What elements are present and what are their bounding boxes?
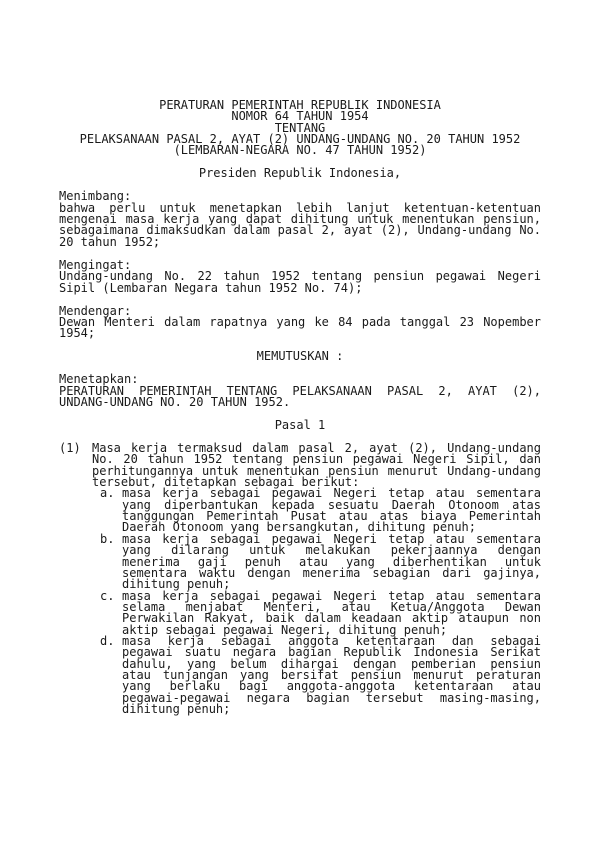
text-line: UNDANG-UNDANG NO. 20 TAHUN 1952. — [59, 397, 541, 408]
salutation: Presiden Republik Indonesia, — [59, 168, 541, 179]
subitem-label: c. — [100, 591, 122, 636]
preamble-section-mendengar: Mendengar: Dewan Menteri dalam rapatnya … — [59, 306, 541, 340]
subitem-label: d. — [100, 636, 122, 715]
subitem-body: masa kerja sebagai pegawai Negeri tetap … — [122, 488, 541, 533]
pasal-1-heading: Pasal 1 — [59, 420, 541, 431]
document-title-block: PERATURAN PEMERINTAH REPUBLIK INDONESIAN… — [59, 100, 541, 157]
text-line: Sipil (Lembaran Negara tahun 1952 No. 74… — [59, 283, 541, 294]
document-page: PERATURAN PEMERINTAH REPUBLIK INDONESIAN… — [0, 0, 595, 842]
subitem-d: d. masa kerja sebagai anggota ketentaraa… — [100, 636, 541, 715]
section-body: Dewan Menteri dalam rapatnya yang ke 84 … — [59, 317, 541, 340]
memutuskan-heading: MEMUTUSKAN : — [59, 351, 541, 362]
article-item-1: (1) Masa kerja termaksud dalam pasal 2, … — [59, 443, 541, 715]
subitem-a: a. masa kerja sebagai pegawai Negeri tet… — [100, 488, 541, 533]
subitem-body: masa kerja sebagai anggota ketentaraan d… — [122, 636, 541, 715]
subitem-body: masa kerja sebagai pegawai Negeri tetap … — [122, 591, 541, 636]
subitem-label: b. — [100, 534, 122, 591]
text-line: dihitung penuh; — [122, 704, 541, 715]
subitem-label: a. — [100, 488, 122, 533]
document-content: PERATURAN PEMERINTAH REPUBLIK INDONESIAN… — [59, 100, 541, 715]
subitem-c: c. masa kerja sebagai pegawai Negeri tet… — [100, 591, 541, 636]
item-body: Masa kerja termaksud dalam pasal 2, ayat… — [92, 443, 541, 715]
item-paragraph: Masa kerja termaksud dalam pasal 2, ayat… — [92, 443, 541, 488]
section-body: PERATURAN PEMERINTAH TENTANG PELAKSANAAN… — [59, 386, 541, 409]
text-line: Dewan Menteri dalam rapatnya yang ke 84 … — [59, 317, 541, 328]
preamble-section-mengingat: Mengingat: Undang-undang No. 22 tahun 19… — [59, 260, 541, 294]
menetapkan-section: Menetapkan: PERATURAN PEMERINTAH TENTANG… — [59, 374, 541, 408]
section-body: bahwa perlu untuk menetapkan lebih lanju… — [59, 203, 541, 248]
text-line: (LEMBARAN-NEGARA NO. 47 TAHUN 1952) — [59, 145, 541, 156]
subitem-body: masa kerja sebagai pegawai Negeri tetap … — [122, 534, 541, 591]
section-body: Undang-undang No. 22 tahun 1952 tentang … — [59, 271, 541, 294]
text-line: 20 tahun 1952; — [59, 237, 541, 248]
subitem-b: b. masa kerja sebagai pegawai Negeri tet… — [100, 534, 541, 591]
item-number: (1) — [59, 443, 92, 715]
text-line: 1954; — [59, 328, 541, 339]
preamble-section-menimbang: Menimbang: bahwa perlu untuk menetapkan … — [59, 191, 541, 248]
